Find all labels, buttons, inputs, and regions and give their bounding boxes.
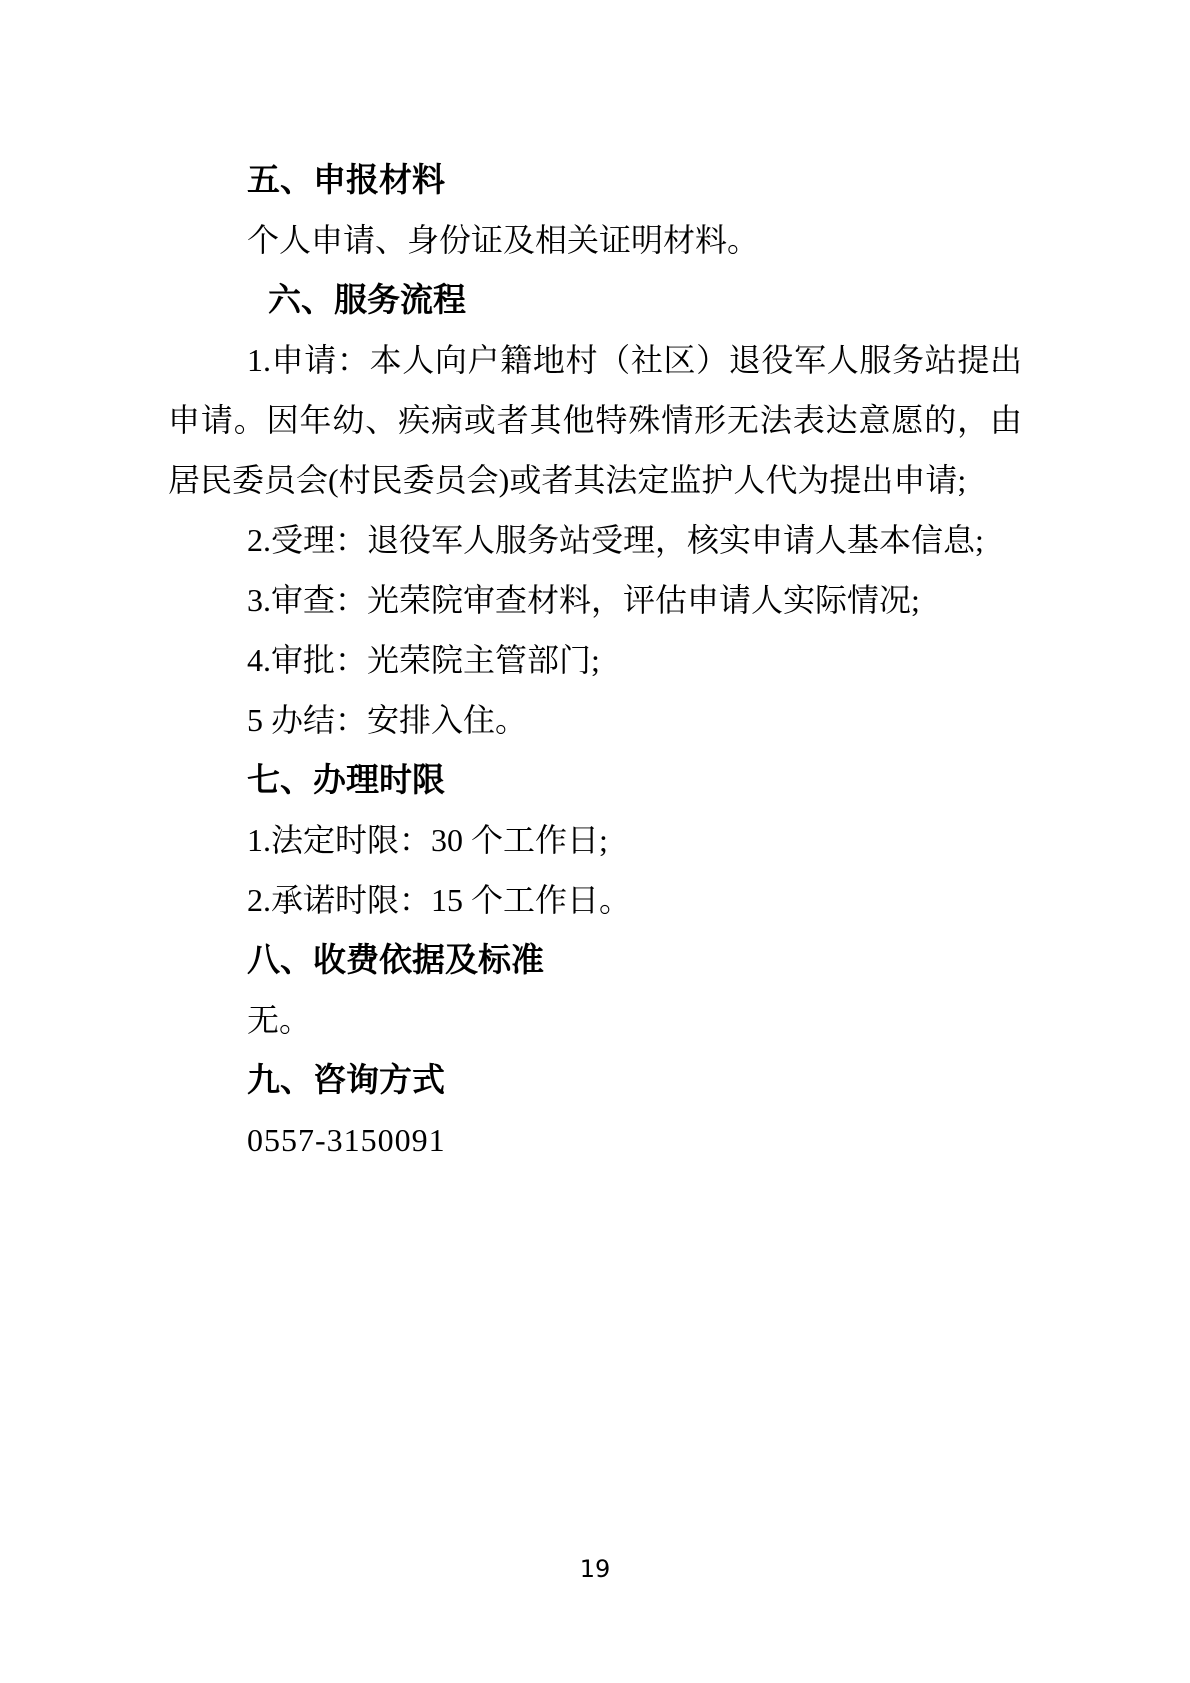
- step-1-line-3: 居民委员会(村民委员会)或者其法定监护人代为提出申请;: [168, 450, 1022, 510]
- section-9-heading: 九、咨询方式: [168, 1050, 1022, 1110]
- section-7-heading: 七、办理时限: [168, 750, 1022, 810]
- section-8-heading: 八、收费依据及标准: [168, 930, 1022, 990]
- time-limit-legal: 1.法定时限：30 个工作日;: [168, 810, 1022, 870]
- step-1-line-1: 1.申请：本人向户籍地村（社区）退役军人服务站提出: [168, 330, 1022, 390]
- section-5-body-materials: 个人申请、身份证及相关证明材料。: [168, 210, 1022, 270]
- step-4-approval: 4.审批：光荣院主管部门;: [168, 630, 1022, 690]
- document-text-block: 五、申报材料 个人申请、身份证及相关证明材料。 六、服务流程 1.申请：本人向户…: [168, 150, 1022, 1170]
- fee-none: 无。: [168, 990, 1022, 1050]
- page-number: 19: [0, 1552, 1190, 1586]
- step-5-completion: 5 办结：安排入住。: [168, 690, 1022, 750]
- step-3-review: 3.审查：光荣院审查材料，评估申请人实际情况;: [168, 570, 1022, 630]
- document-page: 五、申报材料 个人申请、身份证及相关证明材料。 六、服务流程 1.申请：本人向户…: [0, 0, 1190, 1683]
- phone-number: 0557-3150091: [168, 1110, 1022, 1170]
- section-5-heading: 五、申报材料: [168, 150, 1022, 210]
- time-limit-promised: 2.承诺时限：15 个工作日。: [168, 870, 1022, 930]
- step-2-acceptance: 2.受理：退役军人服务站受理，核实申请人基本信息;: [168, 510, 1022, 570]
- step-1-line-2: 申请。因年幼、疾病或者其他特殊情形无法表达意愿的，由: [168, 390, 1022, 450]
- section-6-heading: 六、服务流程: [168, 270, 1022, 330]
